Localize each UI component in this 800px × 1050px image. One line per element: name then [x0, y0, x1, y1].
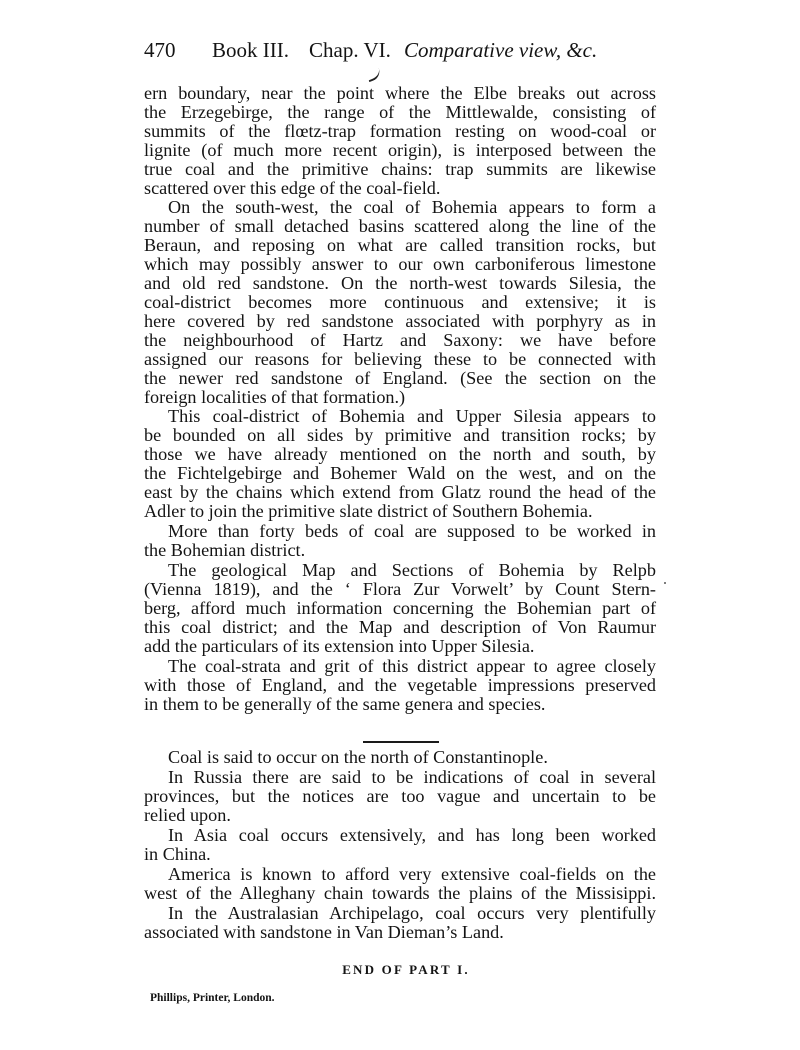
- book-page: 470 Book III. Chap. VI. Comparative view…: [0, 0, 800, 1050]
- text-line: In Russia there are said to be indicatio…: [168, 767, 656, 787]
- scan-speck: [664, 582, 666, 584]
- section-separator-rule: [363, 741, 439, 743]
- text-line: ern boundary, near the point where the E…: [144, 83, 656, 103]
- text-line: with those of England, and the vegetable…: [144, 675, 656, 695]
- chapter-title: Comparative view, &c.: [404, 38, 597, 63]
- text-line: relied upon.: [144, 805, 656, 825]
- text-line: true coal and the primitive chains: trap…: [144, 159, 656, 179]
- text-line: More than forty beds of coal are suppose…: [168, 521, 656, 541]
- text-line: the Erzegebirge, the range of the Mittle…: [144, 102, 656, 122]
- text-line: In the Australasian Archipelago, coal oc…: [168, 903, 656, 923]
- text-line: number of small detached basins scattere…: [144, 216, 656, 236]
- end-of-part-heading: END OF PART I.: [0, 962, 800, 978]
- text-line: the Fichtelgebirge and Bohemer Wald on t…: [144, 463, 656, 483]
- book-label: Book III.: [212, 38, 289, 63]
- page-number: 470: [144, 38, 176, 63]
- text-line: in China.: [144, 844, 656, 864]
- text-line: the neighbourhood of Hartz and Saxony: w…: [144, 330, 656, 350]
- printer-imprint: Phillips, Printer, London.: [150, 992, 275, 1004]
- text-line: be bounded on all sides by primitive and…: [144, 425, 656, 445]
- text-line: and old red sandstone. On the north-west…: [144, 273, 656, 293]
- pen-mark-icon: [366, 68, 383, 83]
- text-line: The geological Map and Sections of Bohem…: [168, 560, 656, 580]
- text-line: (Vienna 1819), and the ‘ Flora Zur Vorwe…: [144, 579, 656, 599]
- text-line: Adler to join the primitive slate distri…: [144, 501, 656, 521]
- text-line: west of the Alleghany chain towards the …: [144, 883, 656, 903]
- running-head: 470 Book III. Chap. VI. Comparative view…: [144, 38, 664, 66]
- text-line: In Asia coal occurs extensively, and has…: [168, 825, 656, 845]
- scan-speck: [652, 340, 654, 342]
- text-line: assigned our reasons for believing these…: [144, 349, 656, 369]
- text-line: which may possibly answer to our own car…: [144, 254, 656, 274]
- text-line: coal-district becomes more continuous an…: [144, 292, 656, 312]
- text-line: in them to be generally of the same gene…: [144, 694, 656, 714]
- text-line: Beraun, and reposing on what are called …: [144, 235, 656, 255]
- text-line: those we have already mentioned on the n…: [144, 444, 656, 464]
- text-line: foreign localities of that formation.): [144, 387, 656, 407]
- text-line: lignite (of much more recent origin), is…: [144, 140, 656, 160]
- text-line: The coal-strata and grit of this distric…: [168, 656, 656, 676]
- text-line: Coal is said to occur on the north of Co…: [168, 747, 656, 767]
- text-line: berg, afford much information concerning…: [144, 598, 656, 618]
- text-line: east by the chains which extend from Gla…: [144, 482, 656, 502]
- text-line: associated with sandstone in Van Dieman’…: [144, 922, 656, 942]
- text-line: here covered by red sandstone associated…: [144, 311, 656, 331]
- text-line: On the south-west, the coal of Bohemia a…: [168, 197, 656, 217]
- text-line: add the particulars of its extension int…: [144, 636, 656, 656]
- text-line: scattered over this edge of the coal-fie…: [144, 178, 656, 198]
- chapter-label: Chap. VI.: [309, 38, 391, 63]
- text-line: America is known to afford very extensiv…: [168, 864, 656, 884]
- text-line: the Bohemian district.: [144, 540, 656, 560]
- text-line: This coal-district of Bohemia and Upper …: [168, 406, 656, 426]
- text-line: summits of the flœtz-trap formation rest…: [144, 121, 656, 141]
- text-line: provinces, but the notices are too vague…: [144, 786, 656, 806]
- text-line: this coal district; and the Map and desc…: [144, 617, 656, 637]
- text-line: the newer red sandstone of England. (See…: [144, 368, 656, 388]
